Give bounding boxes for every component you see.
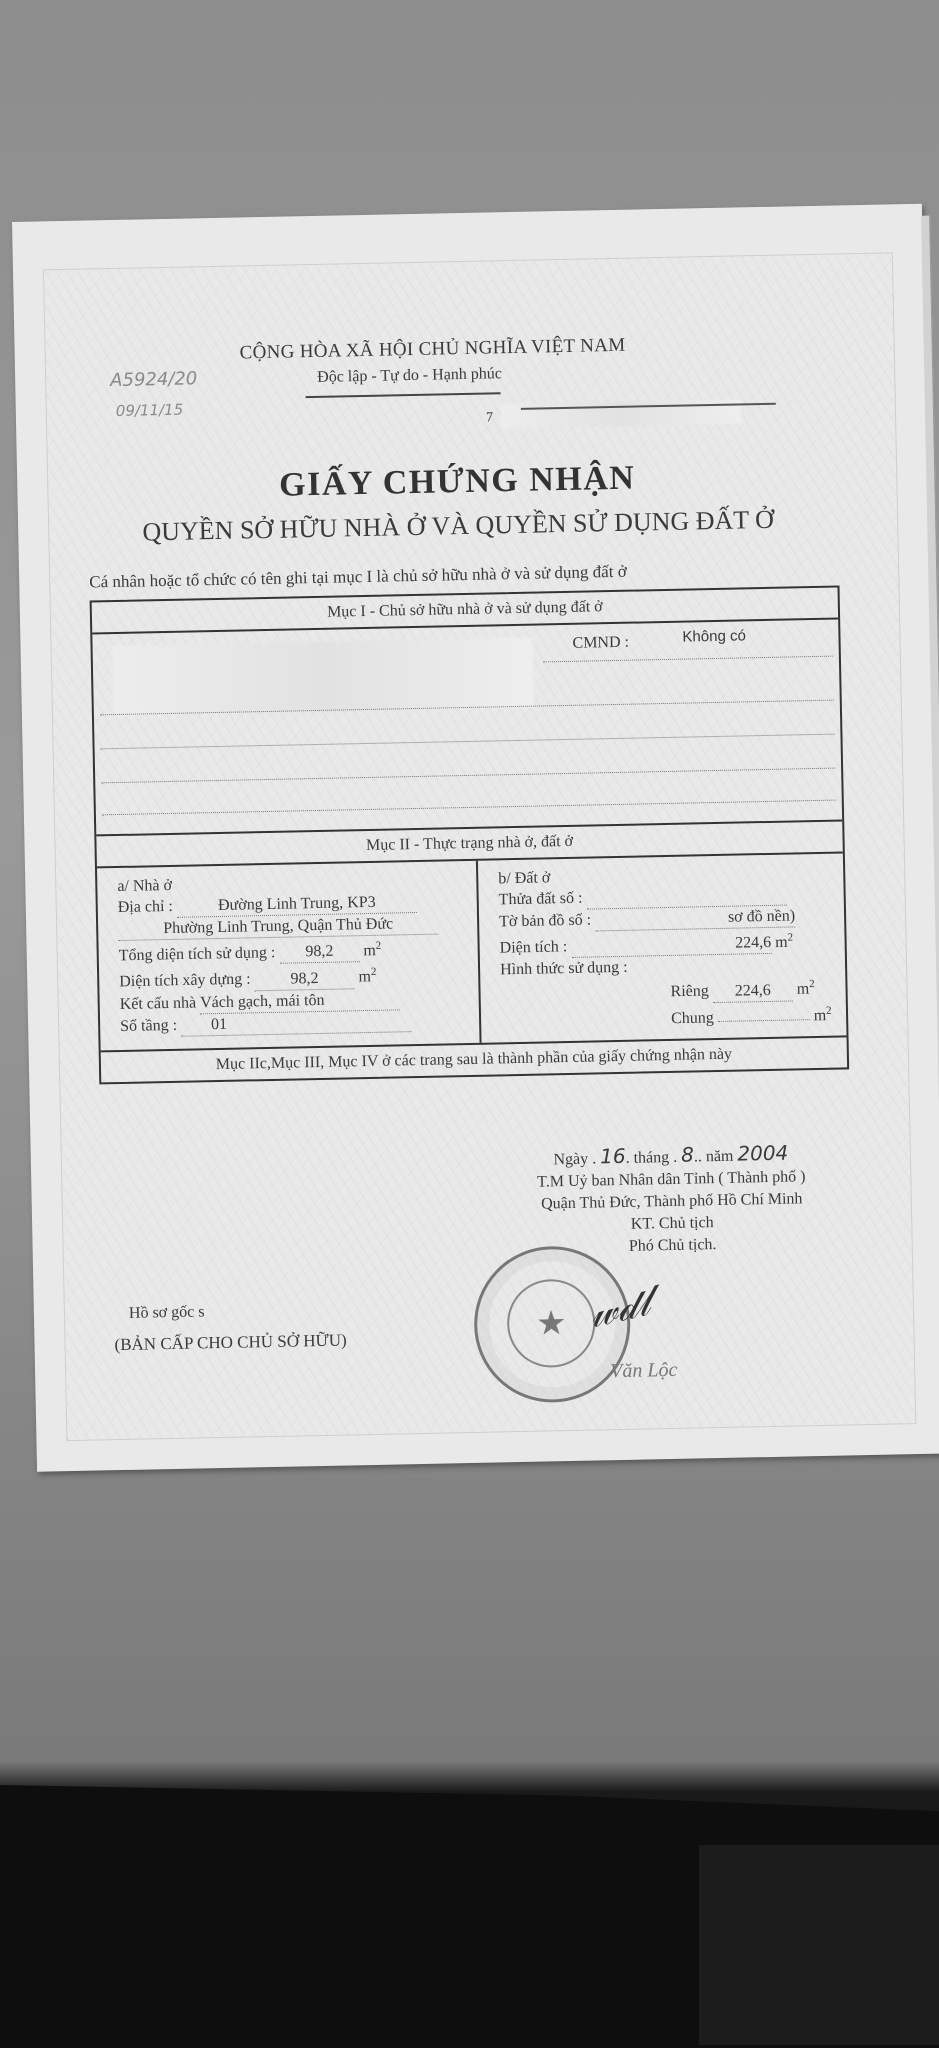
serial-number: 7 [486,410,493,426]
built-area-value: 98,2 [254,967,354,991]
unit: m [358,969,371,986]
total-area-value: 98,2 [279,941,359,965]
land-column: b/ Đất ở Thửa đất số : Tờ bản đồ số : sơ… [478,853,847,1042]
day-label: Ngày [553,1151,588,1169]
section2-body: a/ Nhà ở Địa chỉ : Đường Linh Trung, KP3… [97,853,847,1052]
private-value: 224,6 [713,979,793,1003]
unit: m [797,981,810,998]
address-label: Địa chỉ : [118,898,173,916]
signer-name: Văn Lộc [610,1359,678,1383]
unit-sup: 2 [809,978,815,990]
month-label: tháng [633,1149,669,1167]
built-area-label: Diện tích xây dựng : [119,971,251,991]
floors-value: 01 [181,1010,411,1037]
structure-label: Kết cấu nhà [120,994,197,1013]
unit-sup: 2 [376,940,382,952]
signing-block: Ngày . 16. tháng . 8.. năm 2004 T.M Uỷ b… [471,1140,873,1261]
shared-label: Chung [671,1009,714,1027]
handwritten-note-2: 09/11/15 [116,401,184,420]
parcel-label: Thửa đất số : [499,890,583,909]
unit: m [814,1007,827,1024]
dark-table-edge [0,1785,939,2048]
certificate-page: A5924/20 09/11/15 CỘNG HÒA XÃ HỘI CHỦ NG… [12,204,939,1472]
land-area-label: Diện tích : [500,938,568,956]
motto: Độc lập - Tự do - Hạnh phúc [317,365,502,387]
redacted-owner-name [113,638,534,716]
handwritten-note-1: A5924/20 [110,368,197,391]
cmnd-value: Không có [682,627,746,645]
land-area-value: 224,6 [571,932,771,958]
archive-label: Hồ sơ gốc s [129,1303,205,1323]
house-column: a/ Nhà ở Địa chỉ : Đường Linh Trung, KP3… [97,861,482,1051]
unit: m [363,942,376,959]
shared-value [718,1019,810,1022]
unit-sup: 2 [826,1004,832,1016]
private-label: Riêng [670,983,709,1001]
certificate-table: Mục I - Chủ sở hữu nhà ở và sử dụng đất … [90,585,850,1084]
year-value: 2004 [737,1141,788,1166]
unit: m [775,934,788,951]
cmnd-label: CMND : [572,634,629,653]
total-area-label: Tổng diện tích sử dụng : [119,944,276,964]
day-value: 16 [600,1144,626,1169]
floors-label: Số tầng : [120,1017,177,1035]
map-label: Tờ bản đồ số : [499,912,591,931]
year-label: năm [706,1148,734,1166]
seal-star-icon: ★ [506,1279,596,1369]
unit-sup: 2 [371,966,377,978]
month-value: 8 [681,1143,694,1167]
unit-sup: 2 [787,931,793,943]
section1-owner: CMND : Không có [92,619,842,836]
